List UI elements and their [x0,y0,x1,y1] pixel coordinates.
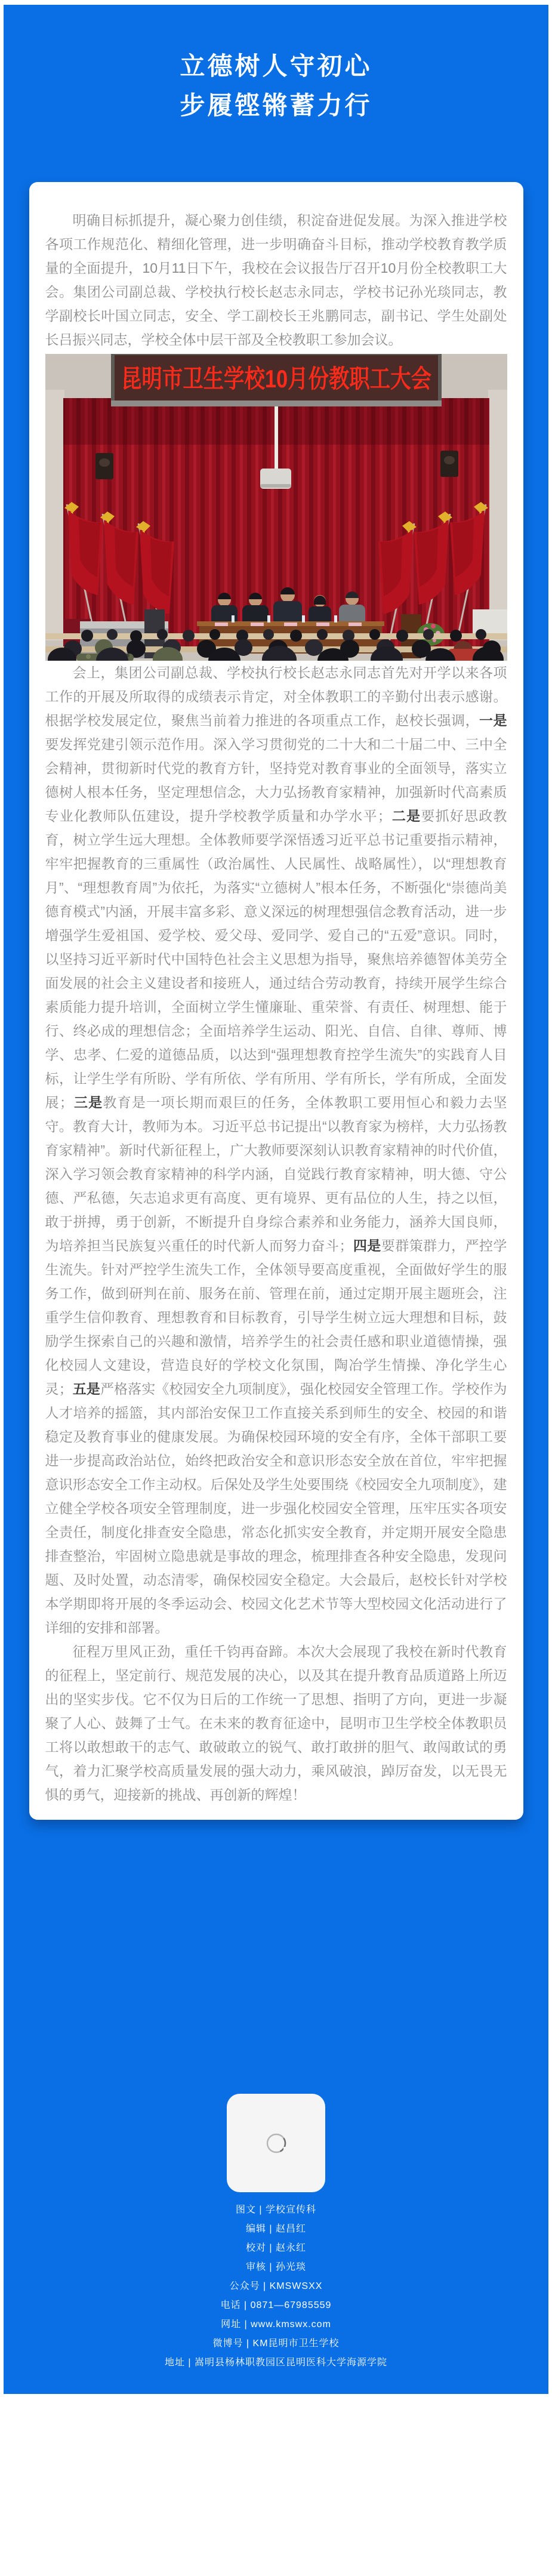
footer-line-reviewer: 审核 | 孙光琰 [4,2258,548,2277]
meeting-photo: 昆明市卫生学校10月份教职工大会 [45,354,507,661]
footer-line-editor: 编辑 | 赵昌红 [4,2220,548,2239]
footer-line-wechat-account: 公众号 | KMSWSXX [4,2277,548,2296]
footer-credits: 图文 | 学校宣传科 编辑 | 赵昌红 校对 | 赵永红 审核 | 孙光琰 公众… [4,2201,548,2372]
paragraph-main: 会上，集团公司副总裁、学校执行校长赵志永同志首先对开学以来各项工作的开展及所取得… [45,661,507,1640]
page-title-line-1: 立德树人守初心 [4,47,548,86]
article-card: 明确目标抓提升，凝心聚力创佳绩，积淀奋进促发展。为深入推进学校各项工作规范化、精… [29,182,523,1820]
paragraph-closing: 征程万里风正劲，重任千钧再奋蹄。本次大会展现了我校在新时代教育的征程上，坚定前行… [45,1640,507,1807]
footer-line-proofreader: 校对 | 赵永红 [4,2239,548,2258]
photo-banner-text: 昆明市卫生学校10月份教职工大会 [121,365,431,393]
para2-point2-text: 要抓好思政教育，树立学生远大理想。全体教师要学深悟透习近平总书记重要指示精神，牢… [45,808,507,1110]
para2-point4-text: 要群策群力，严控学生流失。针对严控学生流失工作，全体领导要高度重视，全面做好学生… [45,1238,507,1397]
para2-point1-label: 一是 [479,713,507,728]
meeting-photo-image: 昆明市卫生学校10月份教职工大会 [45,354,507,661]
footer-line-website: 网址 | www.kmswx.com [4,2315,548,2334]
blue-background-panel: 立德树人守初心 步履铿锵蓄力行 明确目标抓提升，凝心聚力创佳绩，积淀奋进促发展。… [4,5,548,2394]
page-title: 立德树人守初心 步履铿锵蓄力行 [4,5,548,125]
broken-image-icon [262,2129,291,2158]
para2-point3-text: 教育是一项长期而艰巨的任务，全体教职工要用恒心和毅力去坚守。教育大计，教师为本。… [45,1095,507,1253]
page-title-line-2: 步履铿锵蓄力行 [4,86,548,125]
footer-line-imagetext: 图文 | 学校宣传科 [4,2201,548,2220]
footer-line-address: 地址 | 嵩明县杨林职教园区昆明医科大学海源学院 [4,2353,548,2372]
footer-line-weibo: 微博号 | KM昆明市卫生学校 [4,2334,548,2353]
qr-image-placeholder [227,2094,325,2192]
para2-point3-label: 三是 [73,1095,103,1110]
para2-point4-label: 四是 [353,1238,381,1253]
footer-line-phone: 电话 | 0871—67985559 [4,2296,548,2315]
article-page: 立德树人守初心 步履铿锵蓄力行 明确目标抓提升，凝心聚力创佳绩，积淀奋进促发展。… [0,0,552,2394]
para2-point2-label: 二是 [391,808,421,824]
para2-point5-text: 严格落实《校园安全九项制度》，强化校园安全管理工作。学校作为人才培养的摇篮，其内… [45,1381,507,1635]
para2-intro: 会上，集团公司副总裁、学校执行校长赵志永同志首先对开学以来各项工作的开展及所取得… [45,665,507,728]
para2-point5-label: 五是 [73,1381,100,1397]
paragraph-intro: 明确目标抓提升，凝心聚力创佳绩，积淀奋进促发展。为深入推进学校各项工作规范化、精… [45,208,507,352]
